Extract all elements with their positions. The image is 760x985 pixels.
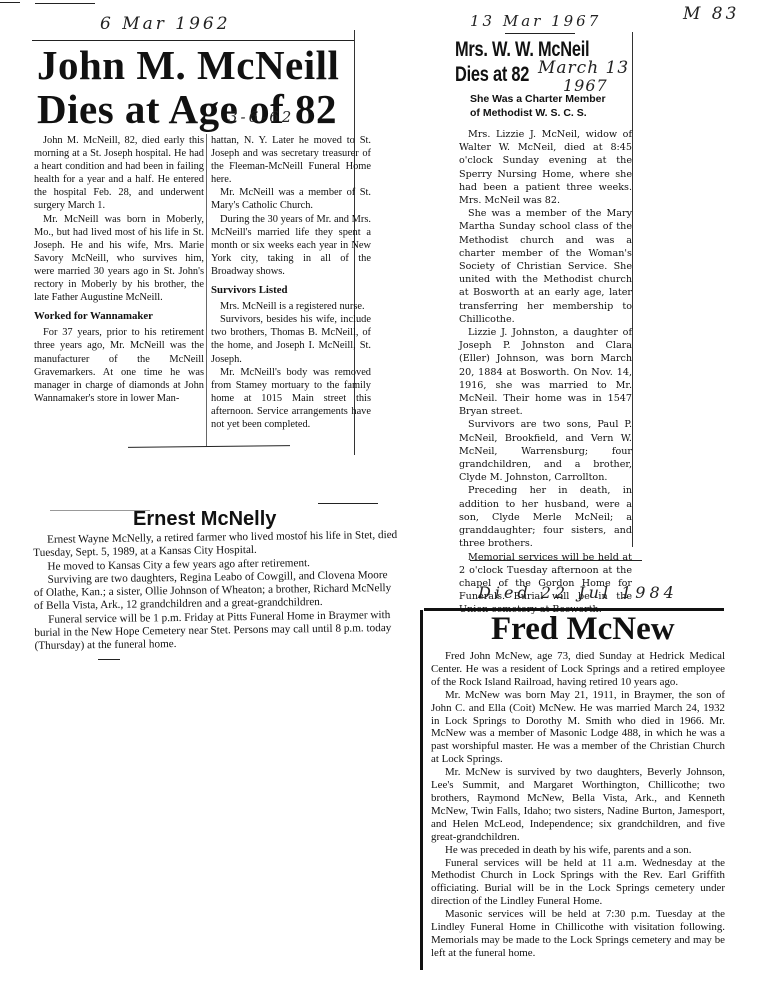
article-paragraph: During the 30 years of Mr. and Mrs. McNe… bbox=[211, 213, 371, 278]
article-body: Fred John McNew, age 73, died Sunday at … bbox=[431, 650, 725, 960]
column-divider bbox=[206, 134, 207, 446]
article-column-left: John M. McNeill, 82, died early this mor… bbox=[34, 134, 204, 405]
article-paragraph: Mr. McNeill was a member of St. Mary's C… bbox=[211, 186, 371, 212]
deck-line-2: of Methodist W. S. C. S. bbox=[470, 106, 587, 120]
article-paragraph: Mrs. McNeill is a registered nurse. bbox=[211, 300, 371, 313]
article-paragraph: For 37 years, prior to his retirement th… bbox=[34, 326, 204, 405]
article-paragraph: Masonic services will be held at 7:30 p.… bbox=[431, 908, 725, 960]
headline: Ernest McNelly bbox=[133, 508, 276, 531]
headline-line-2: Dies at 82 bbox=[455, 63, 529, 87]
date-underline bbox=[505, 33, 575, 34]
article-paragraph: Lizzie J. Johnston, a daughter of Joseph… bbox=[459, 326, 632, 418]
article-paragraph: Mr. McNew is survived by two daughters, … bbox=[431, 766, 725, 843]
subheading-worked-for-wannamaker: Worked for Wannamaker bbox=[34, 310, 204, 323]
article-paragraph: hattan, N. Y. Later he moved to St. Jose… bbox=[211, 134, 371, 186]
article-paragraph: Funeral services will be held at 11 a.m.… bbox=[431, 857, 725, 909]
article-paragraph: John M. McNeill, 82, died early this mor… bbox=[34, 134, 204, 213]
article-paragraph: Funeral service will be 1 p.m. Friday at… bbox=[34, 609, 400, 654]
scan-edge-line bbox=[0, 2, 20, 3]
corner-handwritten-note: M 83 bbox=[683, 4, 739, 24]
deck-line-1: She Was a Charter Member bbox=[470, 92, 606, 106]
article-body: Mrs. Lizzie J. McNeil, widow of Walter W… bbox=[459, 128, 632, 617]
headline: Fred McNew bbox=[491, 611, 675, 648]
scan-edge-line bbox=[318, 503, 378, 504]
article-column-right: hattan, N. Y. Later he moved to St. Jose… bbox=[211, 134, 371, 431]
article-paragraph: She was a member of the Mary Martha Sund… bbox=[459, 207, 632, 326]
handwritten-date-note-2: March 13 bbox=[538, 58, 629, 78]
headline-line-1: John M. McNeill bbox=[37, 42, 339, 88]
clipping-bottom-border bbox=[128, 445, 290, 448]
handwritten-margin-date: 3-6-62 bbox=[228, 108, 294, 126]
article-paragraph: Mr. McNew was born May 21, 1911, in Bray… bbox=[431, 689, 725, 766]
subheading-survivors-listed: Survivors Listed bbox=[211, 284, 371, 297]
clipping-end-mark bbox=[98, 659, 120, 660]
article-paragraph: Survivors are two sons, Paul P. McNeil, … bbox=[459, 418, 632, 484]
article-paragraph: Mr. McNeill's body was removed from Stam… bbox=[211, 366, 371, 431]
clipping-top-border bbox=[32, 40, 354, 41]
clipping-right-border bbox=[632, 32, 633, 547]
article-paragraph: Mr. McNeill was born in Moberly, Mo., bu… bbox=[34, 213, 204, 305]
article-paragraph: Fred John McNew, age 73, died Sunday at … bbox=[431, 650, 725, 689]
article-paragraph: He was preceded in death by his wife, pa… bbox=[431, 844, 725, 857]
article-paragraph: Surviving are two daughters, Regina Leab… bbox=[34, 569, 400, 614]
clipping-left-border bbox=[420, 610, 423, 970]
scan-edge-line bbox=[35, 3, 95, 4]
handwritten-date-note: Died 22 Jul 1984 bbox=[478, 583, 678, 602]
handwritten-date-note: 6 Mar 1962 bbox=[100, 14, 231, 34]
clipping-bottom-border bbox=[470, 560, 642, 561]
article-body: Ernest Wayne McNelly, a retired farmer w… bbox=[33, 529, 400, 654]
article-paragraph: Survivors, besides his wife, include two… bbox=[211, 313, 371, 365]
article-paragraph: Mrs. Lizzie J. McNeil, widow of Walter W… bbox=[459, 128, 632, 207]
handwritten-date-note: 13 Mar 1967 bbox=[470, 12, 601, 30]
article-paragraph: Preceding her in death, in addition to h… bbox=[459, 484, 632, 550]
